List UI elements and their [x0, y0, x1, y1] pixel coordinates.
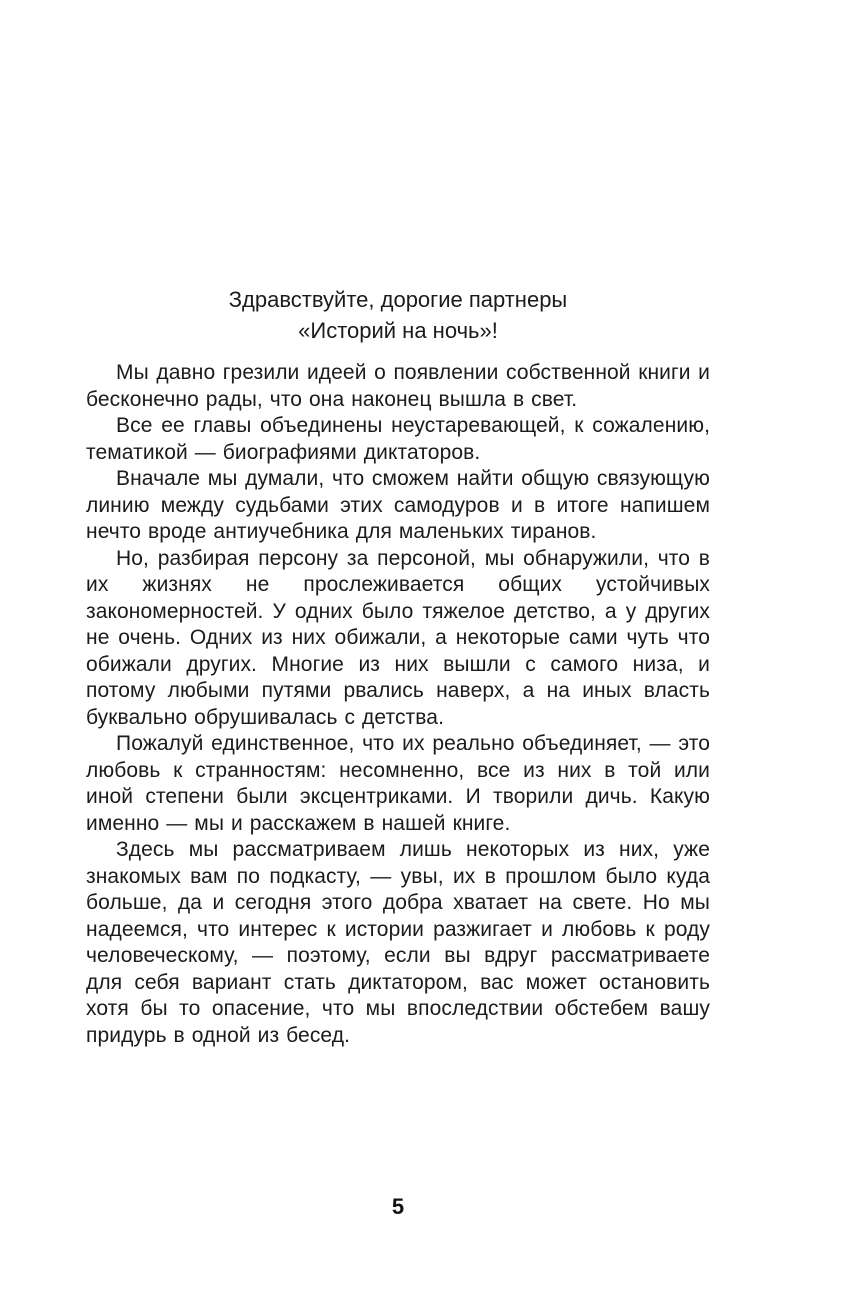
greeting-heading-line-1: Здравствуйте, дорогие партнеры [86, 284, 710, 315]
paragraph: Здесь мы рассматриваем лишь некоторых из… [86, 837, 710, 1049]
book-page: Здравствуйте, дорогие партнеры «Историй … [0, 0, 844, 1311]
paragraph: Мы давно грезили идеей о появлении собст… [86, 360, 710, 413]
paragraph: Все ее главы объединены неустаревающей, … [86, 413, 710, 466]
page-content: Здравствуйте, дорогие партнеры «Историй … [86, 284, 710, 1049]
body-text: Мы давно грезили идеей о появлении собст… [86, 360, 710, 1049]
paragraph: Но, разбирая персону за персоной, мы обн… [86, 546, 710, 732]
greeting-heading-line-2: «Историй на ночь»! [86, 315, 710, 346]
paragraph: Пожалуй единственное, что их реально объ… [86, 731, 710, 837]
paragraph: Вначале мы думали, что сможем найти общу… [86, 466, 710, 546]
greeting-heading: Здравствуйте, дорогие партнеры «Историй … [86, 284, 710, 346]
page-number: 5 [86, 1193, 710, 1220]
